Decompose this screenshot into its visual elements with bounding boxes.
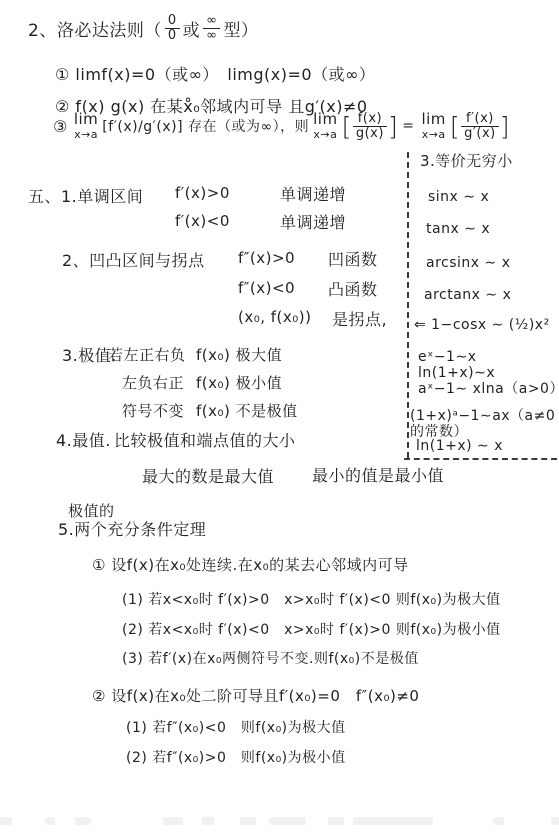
monotonic-cond-1: f′(x)>0 (175, 184, 230, 202)
bleed-through-mark (240, 817, 256, 825)
theorem-1-case-2: (2) 若x<x₀时 f′(x)<0 x>x₀时 f′(x)>0 则f(x₀)为… (122, 619, 501, 639)
limit-operator: lim x→a (313, 112, 337, 140)
equiv-item: sinx ∼ x (428, 189, 489, 205)
theorem-1-case-3: (3) 若f′(x)在x₀两侧符号不变.则f(x₀)不是极值 (122, 648, 419, 668)
theorem-2-case-1: (1) 若f″(x₀)<0 则f(x₀)为极大值 (126, 717, 346, 737)
maxmin-label: 4.最值. (56, 428, 111, 451)
circled-three: ③ (53, 117, 68, 136)
fraction-inf-over-inf: ∞ ∞ (203, 14, 220, 42)
maxmin-line1: 比较极值和端点值的大小 (114, 428, 296, 451)
limit-operator: lim x→a (421, 112, 445, 140)
theorem-2-case-2: (2) 若f″(x₀)>0 则f(x₀)为极小值 (126, 747, 346, 767)
limit-operator: lim x→a (74, 112, 98, 140)
fraction-denominator: g′(x) (461, 126, 499, 141)
extrema-result-3: f(x₀) 不是极值 (196, 400, 298, 421)
limit-word: lim (313, 112, 337, 127)
limit-word: lim (421, 112, 445, 127)
bleed-through-mark (163, 817, 183, 825)
dashed-horizontal-divider (404, 458, 557, 460)
theorem-1-head: ① 设f(x)在x₀处连续.在x₀的某去心邻域内可导 (92, 554, 409, 575)
equiv-item: ⇐ 1−cosx ∼ (½)x² (414, 317, 550, 333)
equiv-item: arctanx ∼ x (424, 287, 511, 303)
extrema-cond-2: 左负右正 (122, 372, 184, 393)
bleed-through-mark (493, 817, 504, 825)
left-bracket: [ (342, 114, 352, 139)
concavity-label: 2、凹凸区间与拐点 (62, 248, 205, 271)
fraction-numerator: f(x) (355, 112, 385, 126)
maxmin-line2a: 最大的数是最大值 (142, 464, 274, 487)
limit-subscript: x→a (74, 129, 98, 140)
maxmin-line2b: 最小的值是最小值 (312, 463, 444, 486)
lhopital-or-word: 或 (183, 16, 201, 41)
equiv-item: aˣ−1∼ xlna（a>0） (418, 381, 559, 397)
right-bracket: ] (500, 114, 510, 139)
fraction-f-over-g: f(x) g(x) (353, 112, 387, 140)
theorems-heading: 5.两个充分条件定理 (58, 517, 206, 540)
fraction-fprime-over-gprime: f′(x) g′(x) (461, 112, 499, 140)
extrema-result-1: f(x₀) 极大值 (196, 344, 282, 365)
fraction-denominator: 0 (165, 28, 180, 43)
equiv-item: arcsinx ∼ x (426, 255, 510, 271)
inflection-point-label: 是拐点, (332, 307, 387, 330)
bleed-through-mark (0, 817, 12, 825)
equals-sign: = (402, 118, 414, 134)
concavity-result-2: 凸函数 (328, 277, 378, 300)
lhopital-condition-1: ① limf(x)=0（或∞） limg(x)=0（或∞） (55, 62, 375, 85)
lhopital-title-suffix: 型） (223, 16, 258, 41)
monotonic-result-2: 单调递增 (280, 210, 346, 233)
fraction-numerator: ∞ (203, 14, 220, 28)
fraction-zero-over-zero: 0 0 (165, 14, 180, 42)
dashed-vertical-divider (407, 152, 409, 458)
equiv-infinitesimal-heading: 3.等价无穷小 (420, 150, 513, 171)
concavity-cond-2: f″(x)<0 (238, 279, 295, 297)
equiv-item: eˣ−1∼x ln(1+x)∼x (418, 349, 559, 381)
theorem-1-case-1: (1) 若x<x₀时 f′(x)>0 x>x₀时 f′(x)<0 则f(x₀)为… (122, 589, 501, 609)
extrema-cond-3: 符号不变 (122, 400, 184, 421)
extrema-cond-1: 若左正右负 (108, 344, 186, 365)
extrema-result-2: f(x₀) 极小值 (196, 372, 282, 393)
condition-3-text: [f′(x)/g′(x)] 存在（或为∞），则 (102, 116, 309, 136)
equiv-item: (1+x)ᵃ−1∼ax（a≠0的常数） (410, 408, 559, 440)
bleed-through-mark (202, 817, 214, 825)
bleed-through-mark (353, 817, 433, 825)
equiv-item: tanx ∼ x (426, 221, 490, 237)
left-bracket: [ (450, 114, 460, 139)
bleed-through-mark (328, 817, 344, 825)
limit-subscript: x→a (313, 129, 337, 140)
fraction-denominator: ∞ (203, 28, 220, 43)
lhopital-title-prefix: 2、洛必达法则（ (28, 16, 162, 41)
limit-subscript: x→a (422, 129, 446, 140)
concavity-cond-1: f″(x)>0 (238, 249, 295, 267)
bleed-through-mark (551, 817, 559, 825)
equiv-item: ln(1+x) ∼ x (416, 438, 503, 454)
handwritten-notes-page: 2、洛必达法则（ 0 0 或 ∞ ∞ 型） ① limf(x)=0（或∞） li… (0, 0, 559, 832)
fraction-denominator: g(x) (353, 126, 387, 141)
lhopital-condition-3: ③ lim x→a [f′(x)/g′(x)] 存在（或为∞），则 lim x→… (53, 112, 510, 140)
lhopital-title: 2、洛必达法则（ 0 0 或 ∞ ∞ 型） (28, 14, 258, 42)
concavity-result-1: 凹函数 (328, 247, 378, 270)
monotonic-label: 五、1.单调区间 (28, 184, 143, 207)
limit-word: lim (74, 112, 98, 127)
fraction-numerator: 0 (165, 14, 180, 28)
right-bracket: ] (388, 114, 398, 139)
monotonic-result-1: 单调递增 (280, 182, 346, 205)
bleed-through-mark (45, 817, 55, 825)
inflection-point: (x₀, f(x₀)) (238, 308, 312, 326)
bleed-through-mark (75, 817, 91, 825)
monotonic-cond-2: f′(x)<0 (175, 212, 230, 230)
fraction-numerator: f′(x) (463, 112, 497, 126)
bleed-through-mark (269, 817, 306, 825)
theorem-2-head: ② 设f(x)在x₀处二阶可导且f′(x₀)=0 f″(x₀)≠0 (92, 685, 419, 706)
